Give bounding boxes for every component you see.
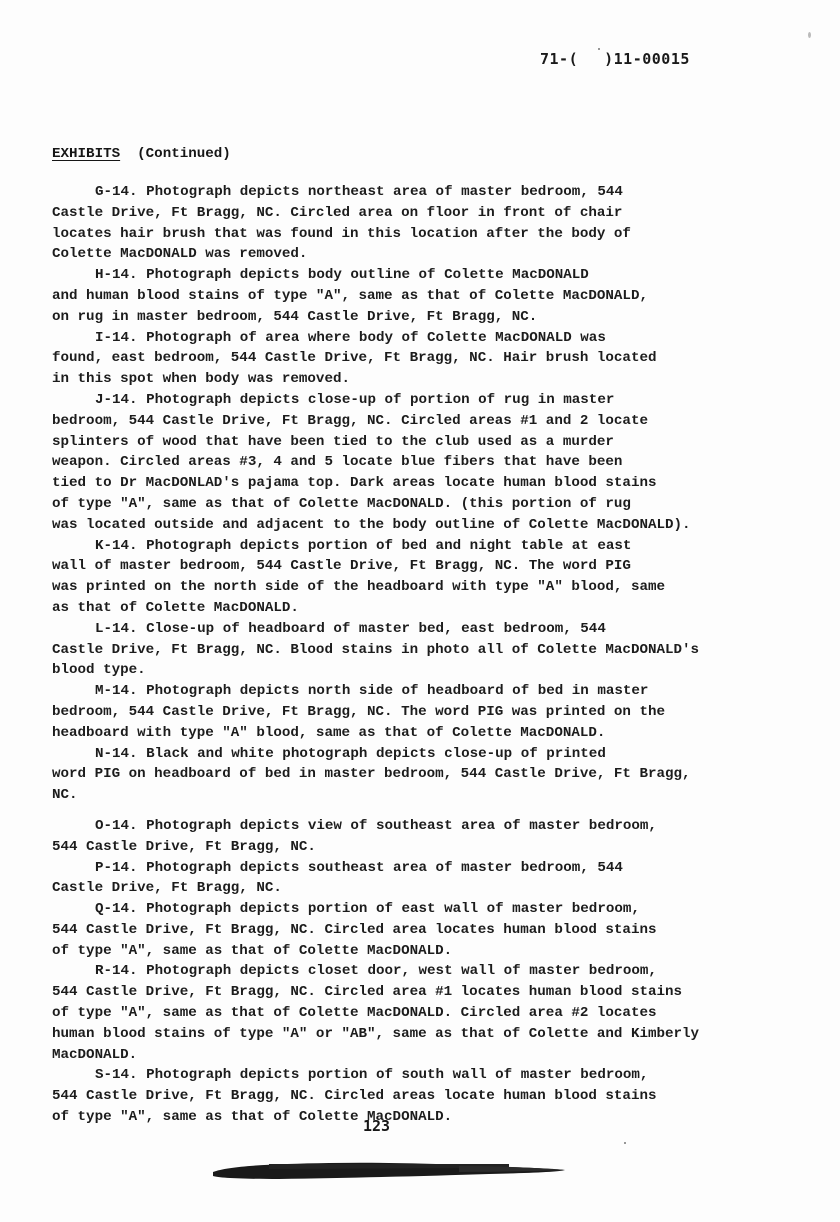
exhibit-g-14: G-14. Photograph depicts northeast area … (52, 182, 792, 265)
document-number: 71-()11-00015 (540, 50, 690, 68)
exhibit-o-14: O-14. Photograph depicts view of southea… (52, 816, 792, 858)
exhibit-s-14: S-14. Photograph depicts portion of sout… (52, 1065, 792, 1127)
page-number: 123 (363, 1117, 390, 1135)
scan-speck (808, 32, 811, 38)
document-number-right: )11-00015 (604, 50, 690, 68)
section-heading: EXHIBITS (Continued) (52, 146, 231, 162)
exhibit-n-14: N-14. Black and white photograph depicts… (52, 744, 792, 806)
exhibit-h-14: H-14. Photograph depicts body outline of… (52, 265, 792, 327)
exhibit-r-14: R-14. Photograph depicts closet door, we… (52, 961, 792, 1065)
exhibit-p-14: P-14. Photograph depicts southeast area … (52, 858, 792, 900)
exhibit-m-14: M-14. Photograph depicts north side of h… (52, 681, 792, 743)
document-page: 71-()11-00015 EXHIBITS (Continued) G-14.… (0, 0, 840, 1222)
exhibit-l-14: L-14. Close-up of headboard of master be… (52, 619, 792, 681)
exhibit-list: G-14. Photograph depicts northeast area … (52, 182, 792, 1128)
exhibit-j-14: J-14. Photograph depicts close-up of por… (52, 390, 792, 536)
exhibit-k-14: K-14. Photograph depicts portion of bed … (52, 536, 792, 619)
section-heading-title: EXHIBITS (52, 146, 120, 162)
exhibit-q-14: Q-14. Photograph depicts portion of east… (52, 899, 792, 961)
redaction-bar (209, 1158, 567, 1180)
exhibit-i-14: I-14. Photograph of area where body of C… (52, 328, 792, 390)
document-number-left: 71-( (540, 50, 578, 68)
scan-speck (624, 1142, 626, 1144)
scan-speck (598, 48, 600, 50)
section-heading-continued: (Continued) (120, 146, 231, 162)
